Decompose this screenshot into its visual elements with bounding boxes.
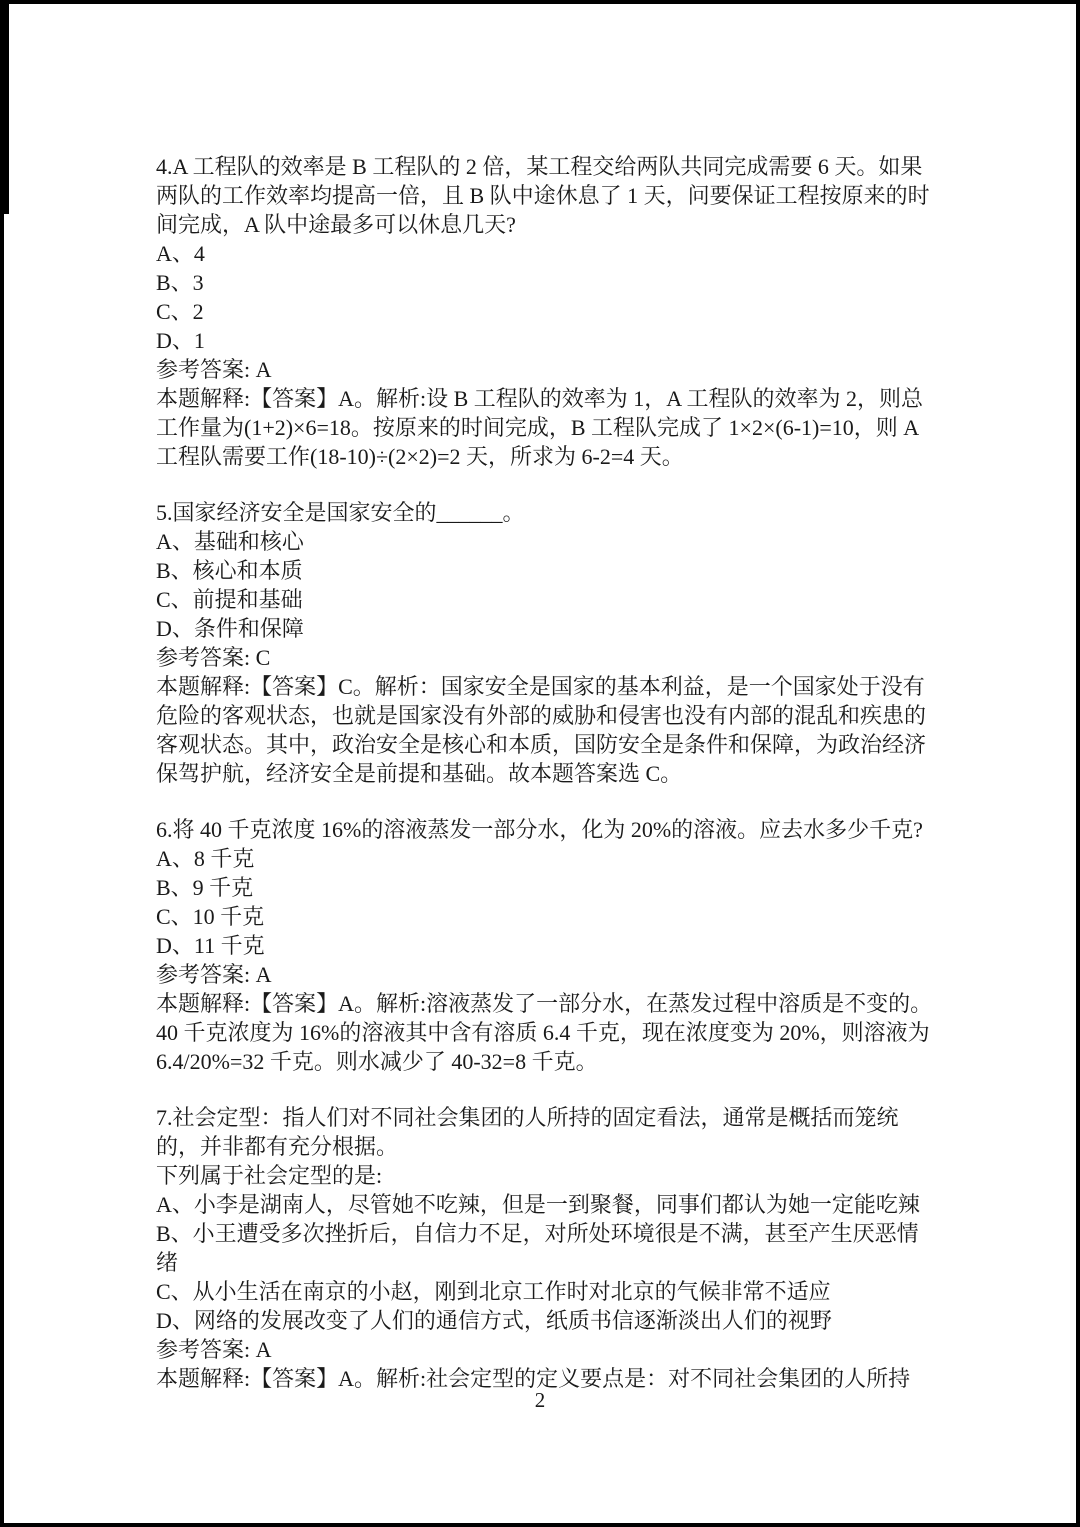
option-line: A、8 千克 xyxy=(156,844,938,873)
option-line: C、10 千克 xyxy=(156,902,938,931)
option-line: B、9 千克 xyxy=(156,873,938,902)
option-line: D、11 千克 xyxy=(156,931,938,960)
question-sub-stem: 下列属于社会定型的是: xyxy=(156,1161,938,1190)
scanned-document-page: 4.A 工程队的效率是 B 工程队的 2 倍，某工程交给两队共同完成需要 6 天… xyxy=(0,0,1080,1527)
option-line: B、核心和本质 xyxy=(156,556,938,585)
option-line: A、4 xyxy=(156,239,938,268)
option-line: A、基础和核心 xyxy=(156,527,938,556)
question-5-block: 5.国家经济安全是国家安全的______。 A、基础和核心 B、核心和本质 C、… xyxy=(156,498,938,788)
option-line: C、从小生活在南京的小赵，刚到北京工作时对北京的气候非常不适应 xyxy=(156,1277,938,1306)
question-6-block: 6.将 40 千克浓度 16%的溶液蒸发一部分水，化为 20%的溶液。应去水多少… xyxy=(156,815,938,1076)
explanation-text: 本题解释:【答案】A。解析:溶液蒸发了一部分水，在蒸发过程中溶质是不变的。40 … xyxy=(156,989,938,1076)
question-7-block: 7.社会定型：指人们对不同社会集团的人所持的固定看法，通常是概括而笼统的，并非都… xyxy=(156,1103,938,1393)
question-stem: 5.国家经济安全是国家安全的______。 xyxy=(156,498,938,527)
explanation-text: 本题解释:【答案】A。解析:设 B 工程队的效率为 1，A 工程队的效率为 2，… xyxy=(156,384,938,471)
option-line: A、小李是湖南人，尽管她不吃辣，但是一到聚餐，同事们都认为她一定能吃辣 xyxy=(156,1190,938,1219)
option-line: B、小王遭受多次挫折后，自信力不足，对所处环境很是不满，甚至产生厌恶情绪 xyxy=(156,1219,938,1277)
reference-answer: 参考答案: A xyxy=(156,355,938,384)
option-line: B、3 xyxy=(156,268,938,297)
document-content: 4.A 工程队的效率是 B 工程队的 2 倍，某工程交给两队共同完成需要 6 天… xyxy=(156,152,938,1393)
option-line: D、条件和保障 xyxy=(156,614,938,643)
page-number: 2 xyxy=(4,1387,1076,1413)
question-stem: 4.A 工程队的效率是 B 工程队的 2 倍，某工程交给两队共同完成需要 6 天… xyxy=(156,152,938,239)
option-line: C、2 xyxy=(156,297,938,326)
explanation-text: 本题解释:【答案】C。解析：国家安全是国家的基本利益，是一个国家处于没有危险的客… xyxy=(156,672,938,788)
option-line: D、1 xyxy=(156,326,938,355)
question-4-block: 4.A 工程队的效率是 B 工程队的 2 倍，某工程交给两队共同完成需要 6 天… xyxy=(156,152,938,471)
option-line: D、网络的发展改变了人们的通信方式，纸质书信逐渐淡出人们的视野 xyxy=(156,1306,938,1335)
reference-answer: 参考答案: C xyxy=(156,643,938,672)
option-line: C、前提和基础 xyxy=(156,585,938,614)
question-stem: 7.社会定型：指人们对不同社会集团的人所持的固定看法，通常是概括而笼统的，并非都… xyxy=(156,1103,938,1161)
question-stem: 6.将 40 千克浓度 16%的溶液蒸发一部分水，化为 20%的溶液。应去水多少… xyxy=(156,815,938,844)
reference-answer: 参考答案: A xyxy=(156,960,938,989)
reference-answer: 参考答案: A xyxy=(156,1335,938,1364)
